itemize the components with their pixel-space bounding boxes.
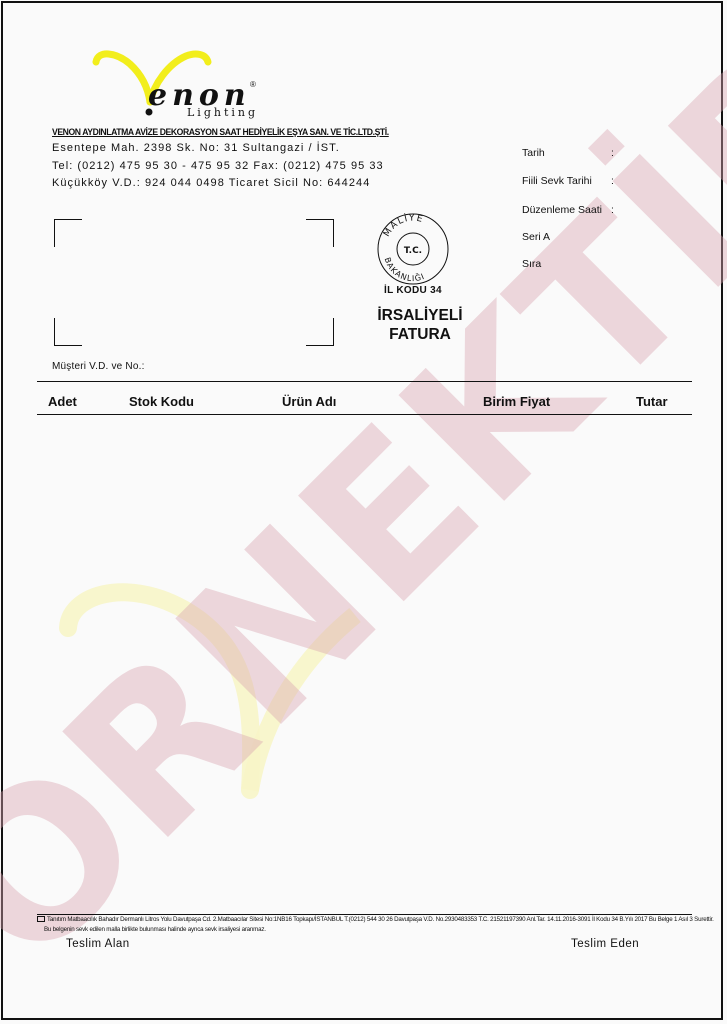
column-header-quantity: Adet: [48, 394, 77, 409]
printer-info: Tanıtım Matbaacılık Bahadır Dermanlı Lit…: [37, 916, 714, 923]
logo-subtitle: Lighting: [187, 106, 258, 119]
column-header-unit-price: Birim Fiyat: [483, 394, 550, 409]
shipment-date-field[interactable]: :: [611, 175, 614, 187]
printer-info-text: Tanıtım Matbaacılık Bahadır Dermanlı Lit…: [47, 916, 714, 923]
issue-time-field[interactable]: :: [611, 204, 614, 216]
shipment-date-label: Fiili Sevk Tarihi: [522, 175, 592, 187]
svg-text:MALİYE: MALİYE: [382, 213, 425, 239]
ministry-seal-icon: MALİYE BAKANLIĞI T.C.: [376, 212, 450, 286]
document-title: İRSALİYELİ FATURA: [360, 306, 480, 344]
issue-time-label: Düzenleme Saati: [522, 204, 602, 216]
svg-text:BAKANLIĞI: BAKANLIĞI: [383, 256, 427, 283]
sequence-label: Sıra: [522, 258, 541, 270]
date-label: Tarih: [522, 147, 545, 159]
footer-rule: [37, 914, 692, 915]
receiver-signature-label: Teslim Alan: [66, 938, 130, 950]
document-title-line1: İRSALİYELİ: [360, 306, 480, 325]
column-header-product-name: Ürün Adı: [282, 394, 336, 409]
printer-icon: [37, 916, 45, 922]
document-title-line2: FATURA: [360, 325, 480, 344]
svg-text:T.C.: T.C.: [404, 246, 422, 256]
items-table-body[interactable]: [37, 416, 692, 906]
corner-bracket: [54, 219, 82, 247]
table-top-rule: [37, 381, 692, 382]
company-name: VENON AYDINLATMA AVİZE DEKORASYON SAAT H…: [52, 126, 389, 137]
column-header-total: Tutar: [636, 394, 668, 409]
corner-bracket: [306, 318, 334, 346]
deliverer-signature-label: Teslim Eden: [571, 938, 639, 950]
table-bottom-rule: [37, 414, 692, 415]
corner-bracket: [306, 219, 334, 247]
province-code: İL KODU 34: [384, 285, 442, 296]
company-tax-info: Küçükköy V.D.: 924 044 0498 Ticaret Sici…: [52, 177, 370, 189]
legal-note: Bu belgenin sevk edilen malla birlikte b…: [44, 926, 266, 933]
date-field[interactable]: :: [611, 147, 614, 159]
column-header-stock-code: Stok Kodu: [129, 394, 194, 409]
company-address: Esentepe Mah. 2398 Sk. No: 31 Sultangazi…: [52, 142, 340, 154]
customer-tax-label: Müşteri V.D. ve No.:: [52, 361, 145, 372]
corner-bracket: [54, 318, 82, 346]
registered-mark: ®: [250, 80, 256, 89]
series-label: Seri A: [522, 231, 550, 243]
company-phone: Tel: (0212) 475 95 30 - 475 95 32 Fax: (…: [52, 160, 384, 172]
